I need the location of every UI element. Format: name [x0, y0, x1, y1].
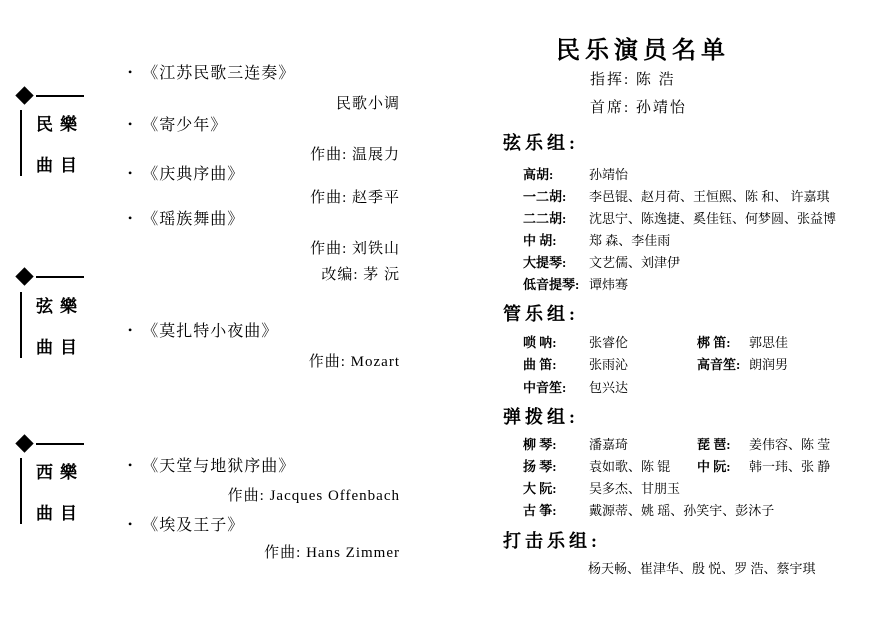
section-label-line: 民樂 [36, 110, 84, 135]
section-label-line: 曲目 [36, 499, 84, 524]
section-label-strings: 弦樂 曲目 [20, 292, 84, 358]
song-item: •《莫扎特小夜曲》 [128, 318, 278, 341]
song-item: •《天堂与地狱序曲》 [128, 453, 295, 476]
marker-line [36, 443, 84, 445]
bullet-icon: • [128, 517, 133, 531]
bullet-icon: • [128, 65, 133, 79]
instrument-label: 低音提琴: [523, 274, 589, 293]
instrument-label: 二二胡: [523, 208, 589, 227]
song-title: 《江苏民歌三连奏》 [142, 65, 295, 82]
roster-row: 大提琴:文艺儒、刘津伊 [523, 252, 680, 271]
roster-row: 中 胡:郑 森、李佳雨 [523, 230, 670, 249]
group-header-plucked: 弹拨组: [503, 403, 579, 429]
roster-row: 一二胡:李邑锟、赵月荷、王恒熙、陈 和、 许嘉琪 [523, 186, 830, 205]
roster-row: 二二胡:沈思宁、陈逸捷、奚佳钰、何梦圆、张益博 [523, 208, 836, 227]
instrument-label: 曲 笛: [523, 354, 589, 373]
composer-credit: 作曲: 刘铁山 [118, 237, 400, 258]
song-title: 《埃及王子》 [142, 517, 244, 534]
bullet-icon: • [128, 323, 133, 337]
instrument-label: 高胡: [523, 164, 589, 183]
instrument-label: 中音笙: [523, 377, 589, 396]
performer-names: 姜伟容、陈 莹 [749, 434, 830, 453]
instrument-label: 唢 呐: [523, 332, 589, 351]
instrument-label: 扬 琴: [523, 456, 589, 475]
performer-names: 戴源蒂、姚 瑶、孙笑宇、彭沐子 [589, 503, 774, 518]
concert-program-page: 民樂 曲目 •《江苏民歌三连奏》 民歌小调 •《寄少年》 作曲: 温展力 •《庆… [0, 0, 876, 619]
section-marker [18, 89, 84, 102]
composer-credit: 作曲: 赵季平 [118, 186, 400, 207]
roster-row: 大 阮:吴多杰、甘朋玉 [523, 478, 680, 497]
performer-names: 张睿伦 [589, 335, 628, 350]
performer-names: 孙靖怡 [589, 167, 628, 182]
instrument-label: 柳 琴: [523, 434, 589, 453]
section-marker [18, 270, 84, 283]
song-title: 《庆典序曲》 [142, 166, 244, 183]
performer-names: 李邑锟、赵月荷、王恒熙、陈 和、 许嘉琪 [589, 189, 830, 204]
roster-row: 中音笙:包兴达 [523, 377, 628, 396]
performer-names: 郑 森、李佳雨 [589, 233, 670, 248]
diamond-icon [15, 86, 33, 104]
roster-title: 民乐演员名单 [500, 30, 786, 65]
song-item: •《瑶族舞曲》 [128, 206, 244, 229]
section-label-line: 曲目 [36, 333, 84, 358]
performer-names: 韩一玮、张 静 [749, 456, 830, 475]
performer-names: 朗润男 [749, 354, 788, 373]
section-label-line: 西樂 [36, 458, 84, 483]
instrument-label: 大 阮: [523, 478, 589, 497]
performer-names: 沈思宁、陈逸捷、奚佳钰、何梦圆、张益博 [589, 211, 836, 226]
song-title: 《寄少年》 [142, 117, 227, 134]
bullet-icon: • [128, 117, 133, 131]
roster-row: 古 筝:戴源蒂、姚 瑶、孙笑宇、彭沐子 [523, 500, 774, 519]
song-item: •《江苏民歌三连奏》 [128, 60, 295, 83]
roster-row: 高胡:孙靖怡 [523, 164, 628, 183]
song-item: •《庆典序曲》 [128, 161, 244, 184]
performer-names: 郭思佳 [749, 332, 788, 351]
song-title: 《天堂与地狱序曲》 [142, 458, 295, 475]
section-label-line: 曲目 [36, 151, 84, 176]
instrument-label: 古 筝: [523, 500, 589, 519]
performer-names: 包兴达 [589, 380, 628, 395]
roster-row: 曲 笛:张雨沁 高音笙:朗润男 [523, 354, 628, 373]
section-label-western: 西樂 曲目 [20, 458, 84, 524]
group-header-winds: 管乐组: [503, 300, 579, 326]
diamond-icon [15, 434, 33, 452]
composer-credit: 作曲: Jacques Offenbach [118, 484, 400, 505]
performer-names: 张雨沁 [589, 357, 628, 372]
composer-credit: 作曲: Hans Zimmer [118, 541, 400, 562]
section-label-folk: 民樂 曲目 [20, 110, 84, 176]
song-item: •《埃及王子》 [128, 512, 244, 535]
group-header-strings: 弦乐组: [503, 129, 579, 155]
song-note: 民歌小调 [118, 92, 400, 113]
arranger-credit: 改编: 茅 沅 [118, 263, 400, 284]
concertmaster-line: 首席: 孙靖怡 [590, 96, 687, 117]
marker-line [36, 95, 84, 97]
instrument-label: 中 胡: [523, 230, 589, 249]
instrument-label: 中 阮: [697, 456, 747, 475]
instrument-label: 大提琴: [523, 252, 589, 271]
roster-row: 柳 琴:潘嘉琦 琵 琶:姜伟容、陈 莹 [523, 434, 628, 453]
conductor-line: 指挥: 陈 浩 [590, 68, 676, 89]
roster-row: 唢 呐:张睿伦 梆 笛:郭思佳 [523, 332, 628, 351]
bullet-icon: • [128, 166, 133, 180]
marker-line [36, 276, 84, 278]
song-title: 《瑶族舞曲》 [142, 211, 244, 228]
instrument-label: 高音笙: [697, 354, 747, 373]
group-header-percussion: 打击乐组: [503, 527, 601, 553]
composer-credit: 作曲: Mozart [118, 350, 400, 371]
performer-names: 文艺儒、刘津伊 [589, 255, 680, 270]
performer-names: 潘嘉琦 [589, 437, 628, 452]
roster-row: 低音提琴:谭炜骞 [523, 274, 628, 293]
instrument-label: 梆 笛: [697, 332, 747, 351]
performer-names: 袁如歌、陈 锟 [589, 459, 670, 474]
performer-names: 谭炜骞 [589, 277, 628, 292]
bullet-icon: • [128, 458, 133, 472]
diamond-icon [15, 267, 33, 285]
performer-names: 杨天畅、崔津华、殷 悦、罗 浩、蔡宇琪 [588, 558, 816, 577]
bullet-icon: • [128, 211, 133, 225]
performer-names: 吴多杰、甘朋玉 [589, 481, 680, 496]
roster-row: 扬 琴:袁如歌、陈 锟 中 阮:韩一玮、张 静 [523, 456, 670, 475]
section-label-line: 弦樂 [36, 292, 84, 317]
song-item: •《寄少年》 [128, 112, 227, 135]
section-marker [18, 437, 84, 450]
instrument-label: 一二胡: [523, 186, 589, 205]
instrument-label: 琵 琶: [697, 434, 747, 453]
song-title: 《莫扎特小夜曲》 [142, 323, 278, 340]
